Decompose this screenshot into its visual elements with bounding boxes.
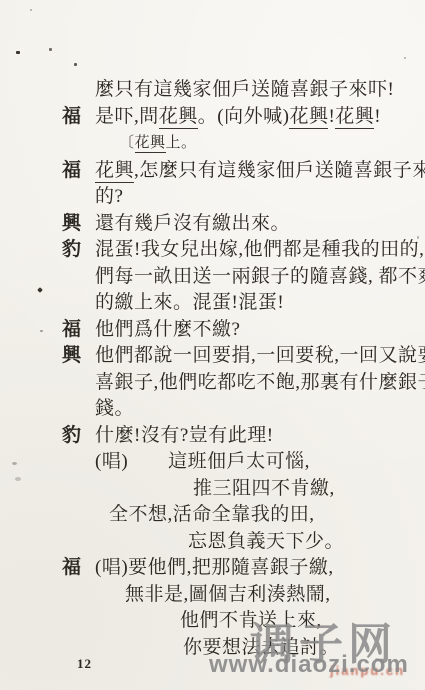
dialogue-text: (唱)要他們,把那隨喜銀子繳, xyxy=(95,557,334,578)
paper-speck xyxy=(74,63,77,66)
script-line: 福是吓,問花興。(向外喊)花興!花興! xyxy=(62,104,407,131)
dialogue-text: 。(向外喊) xyxy=(198,106,290,127)
speaker-label: 福 xyxy=(62,158,95,185)
script-line: 喜銀子,他們吃都吃不飽,那裏有什麼銀子繳隨喜 xyxy=(62,370,407,397)
script-line: 無非是,圖個吉利湊熱鬧, xyxy=(62,582,407,609)
speaker-label: 興 xyxy=(62,343,95,370)
paper-speck xyxy=(16,51,20,54)
underlined-proper-name: 花興 xyxy=(289,106,328,129)
speaker-label: 福 xyxy=(62,555,95,582)
underlined-proper-name: 花興 xyxy=(95,160,134,183)
paper-speck xyxy=(30,9,32,11)
dialogue-text: 他們都說一回要捐,一回要稅,一回又說要什麼隨 xyxy=(95,345,425,366)
script-line: 豹什麼!沒有?豈有此理! xyxy=(62,423,407,450)
dialogue-text: 他們爲什麼不繳? xyxy=(95,319,240,340)
script-line: 的繳上來。混蛋!混蛋! xyxy=(62,290,407,317)
dialogue-text: (唱) xyxy=(95,451,128,472)
dialogue-text: 上。 xyxy=(166,135,197,151)
script-line: 麼只有這幾家佃戶送隨喜銀子來吓! xyxy=(62,77,407,104)
script-line: 錢。 xyxy=(62,396,407,423)
script-line: 興他們都說一回要捐,一回要稅,一回又說要什麼隨 xyxy=(62,343,407,370)
script-line: 福他們爲什麼不繳? xyxy=(62,317,407,344)
underlined-proper-name: 花興 xyxy=(135,135,166,153)
page-number: 12 xyxy=(77,656,92,672)
dialogue-text: 錢。 xyxy=(95,398,134,419)
speaker-label: 豹 xyxy=(62,237,95,264)
paper-speck xyxy=(12,462,17,465)
dialogue-text: 們每一畝田送一兩銀子的隨喜錢, 都不爽爽快快 xyxy=(95,266,425,287)
paper-speck xyxy=(15,477,21,481)
script-line: 豹混蛋!我女兒出嫁,他們都是種我的田的, 只要他 xyxy=(62,237,407,264)
paper-speck xyxy=(49,48,52,51)
dialogue-text: 的? xyxy=(95,186,123,207)
script-line: 興還有幾戶沒有繳出來。 xyxy=(62,211,407,238)
script-line: 福花興,怎麼只有這幾家佃戶送隨喜銀子來,怎麼搞 xyxy=(62,158,407,185)
scanned-book-page: 麼只有這幾家佃戶送隨喜銀子來吓!福是吓,問花興。(向外喊)花興!花興!〔花興上。… xyxy=(0,0,425,690)
speaker-label: 福 xyxy=(62,317,95,344)
script-line: 的? xyxy=(62,184,407,211)
speaker-label: 豹 xyxy=(62,423,95,450)
dialogue-text: 全不想,活命全靠我的田, xyxy=(109,504,315,525)
dialogue-text: ,怎麼只有這幾家佃戶送隨喜銀子來,怎麼搞 xyxy=(134,160,425,181)
script-line: (唱)這班佃戶太可惱, xyxy=(62,449,407,476)
dialogue-text: 什麼!沒有?豈有此理! xyxy=(95,425,274,446)
paper-speck xyxy=(404,57,406,59)
dialogue-text: ! xyxy=(374,106,381,127)
dialogue-text: 混蛋!我女兒出嫁,他們都是種我的田的, 只要他 xyxy=(95,239,425,260)
dialogue-text: 的繳上來。混蛋!混蛋! xyxy=(95,292,284,313)
dialogue-text: 忘恩負義天下少。 xyxy=(188,531,344,552)
dialogue-text: 是吓,問 xyxy=(95,106,159,127)
script-line: 忘恩負義天下少。 xyxy=(62,529,407,556)
dialogue-text: 麼只有這幾家佃戶送隨喜銀子來吓! xyxy=(95,79,394,100)
dialogue-text: 〔 xyxy=(119,135,135,151)
speaker-label: 興 xyxy=(62,211,95,238)
paper-speck xyxy=(37,287,43,293)
script-line: 〔花興上。 xyxy=(62,130,407,158)
underlined-proper-name: 花興 xyxy=(335,106,374,129)
dialogue-text: 推三阻四不肯繳, xyxy=(193,478,335,499)
site-url-watermark: www.diaozi.com xyxy=(209,651,409,679)
dialogue-text: 喜銀子,他們吃都吃不飽,那裏有什麼銀子繳隨喜 xyxy=(95,372,425,393)
script-line: 福(唱)要他們,把那隨喜銀子繳, xyxy=(62,555,407,582)
dialogue-text: 無非是,圖個吉利湊熱鬧, xyxy=(125,584,331,605)
dialogue-text: 這班佃戶太可惱, xyxy=(168,451,310,472)
speaker-label: 福 xyxy=(62,104,95,131)
script-line: 全不想,活命全靠我的田, xyxy=(62,502,407,529)
underlined-proper-name: 花興 xyxy=(159,106,198,129)
script-line: 們每一畝田送一兩銀子的隨喜錢, 都不爽爽快快 xyxy=(62,264,407,291)
dialogue-text: 還有幾戶沒有繳出來。 xyxy=(95,213,290,234)
script-line: 推三阻四不肯繳, xyxy=(62,476,407,503)
script-body: 麼只有這幾家佃戶送隨喜銀子來吓!福是吓,問花興。(向外喊)花興!花興!〔花興上。… xyxy=(62,77,407,661)
paper-speck xyxy=(40,330,43,332)
